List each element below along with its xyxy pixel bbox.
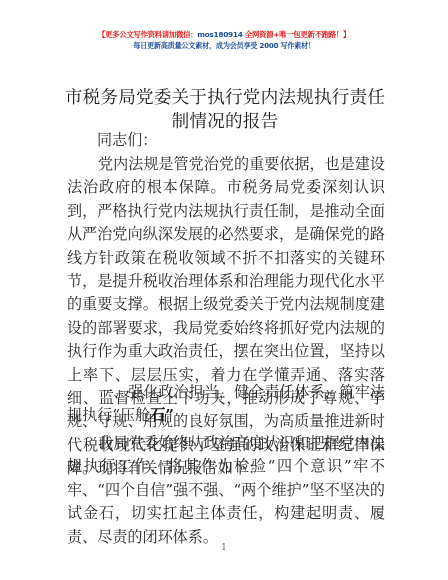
- promo-prefix: 【更多公文写作资料请加微信：: [98, 30, 197, 39]
- salutation: 同志们：: [67, 129, 385, 152]
- document-title: 市税务局党委关于执行党内法规执行责任制情况的报告: [62, 86, 388, 134]
- promo-banner-line-1: 【更多公文写作资料请加微信：mos180914 全网资源+唯一包更新不跑路！】: [0, 29, 448, 40]
- promo-banner-line-2: 每日更新高质量公文素材，成为会员享受 2000 写作素材！: [0, 41, 448, 51]
- section-heading-1: 一、强化政治担当，健全责任体系，筑牢法规执行“压舱石”: [67, 381, 385, 428]
- promo-wechat-id: mos180914: [197, 30, 242, 39]
- page-number: 1: [0, 543, 448, 553]
- section-heading-main: 一、强化政治担当，健全责任体系，筑牢法规执行“压舱: [67, 383, 385, 424]
- document-page: 【更多公文写作资料请加微信：mos180914 全网资源+唯一包更新不跑路！】 …: [0, 0, 448, 580]
- section-heading-tail: 石”: [150, 406, 174, 424]
- promo-suffix: 全网资源+唯一包更新不跑路！】: [243, 30, 350, 39]
- paragraph-section-1: 我局党委始终从政治高度认识和把握党内法规执行工作，将其作为检验“四个意识”牢不牢…: [67, 432, 385, 549]
